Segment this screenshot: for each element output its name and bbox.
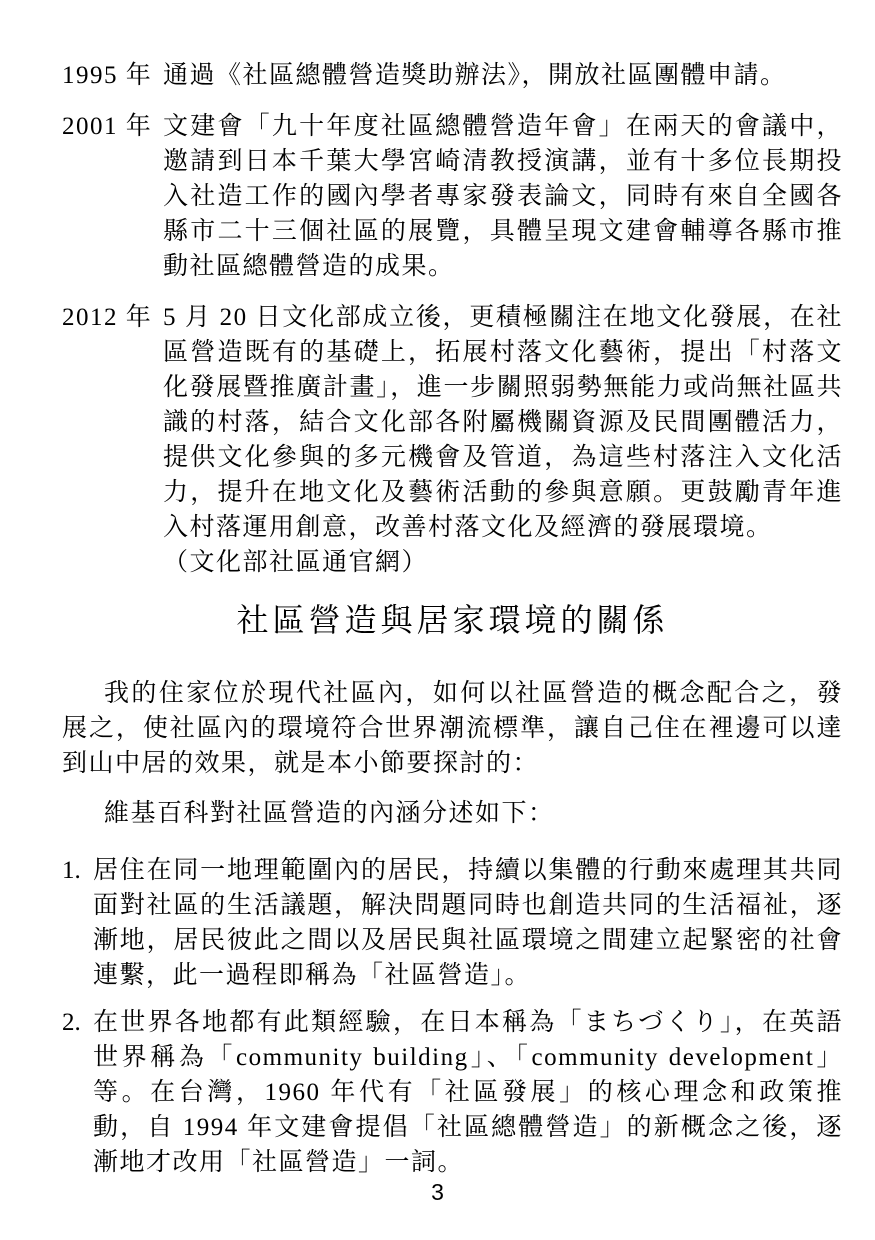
- entry-text: 5 月 20 日文化部成立後，更積極關注在地文化發展，在社區營造既有的基礎上，拓…: [163, 300, 843, 545]
- item-text: 居住在同一地理範圍內的居民，持續以集體的行動來處理其共同面對社區的生活議題，解決…: [93, 853, 843, 993]
- item-number: 2.: [62, 1005, 93, 1040]
- entry-body: 文建會「九十年度社區總體營造年會」在兩天的會議中，邀請到日本千葉大學宮崎清教授演…: [163, 109, 843, 284]
- list-intro: 維基百科對社區營造的內涵分述如下：: [62, 796, 843, 831]
- list-item-1: 1. 居住在同一地理範圍內的居民，持續以集體的行動來處理其共同面對社區的生活議題…: [62, 853, 843, 993]
- entry-text: 通過《社區總體營造獎助辦法》，開放社區團體申請。: [163, 58, 843, 93]
- item-text: 在世界各地都有此類經驗，在日本稱為「まちづくり」，在英語世界稱為「communi…: [93, 1005, 843, 1180]
- entry-text: 文建會「九十年度社區總體營造年會」在兩天的會議中，邀請到日本千葉大學宮崎清教授演…: [163, 109, 843, 284]
- timeline-entry-2012: 2012 年 5 月 20 日文化部成立後，更積極關注在地文化發展，在社區營造既…: [62, 300, 843, 580]
- source-note: （文化部社區通官網）: [163, 545, 843, 580]
- entry-body: 5 月 20 日文化部成立後，更積極關注在地文化發展，在社區營造既有的基礎上，拓…: [163, 300, 843, 580]
- timeline-entry-2001: 2001 年 文建會「九十年度社區總體營造年會」在兩天的會議中，邀請到日本千葉大…: [62, 109, 843, 284]
- list-item-2: 2. 在世界各地都有此類經驗，在日本稱為「まちづくり」，在英語世界稱為「comm…: [62, 1005, 843, 1180]
- entry-body: 通過《社區總體營造獎助辦法》，開放社區團體申請。: [163, 58, 843, 93]
- section-heading: 社區營造與居家環境的關係: [62, 596, 843, 644]
- document-page: 1995 年 通過《社區總體營造獎助辦法》，開放社區團體申請。 2001 年 文…: [0, 0, 875, 1240]
- year-label: 1995 年: [62, 58, 163, 93]
- timeline-section: 1995 年 通過《社區總體營造獎助辦法》，開放社區團體申請。 2001 年 文…: [62, 58, 843, 580]
- item-number: 1.: [62, 853, 93, 888]
- intro-paragraph: 我的住家位於現代社區內，如何以社區營造的概念配合之，發展之，使社區內的環境符合世…: [62, 676, 843, 781]
- year-label: 2012 年: [62, 300, 163, 335]
- timeline-entry-1995: 1995 年 通過《社區總體營造獎助辦法》，開放社區團體申請。: [62, 58, 843, 93]
- page-number: 3: [0, 1178, 875, 1206]
- year-label: 2001 年: [62, 109, 163, 144]
